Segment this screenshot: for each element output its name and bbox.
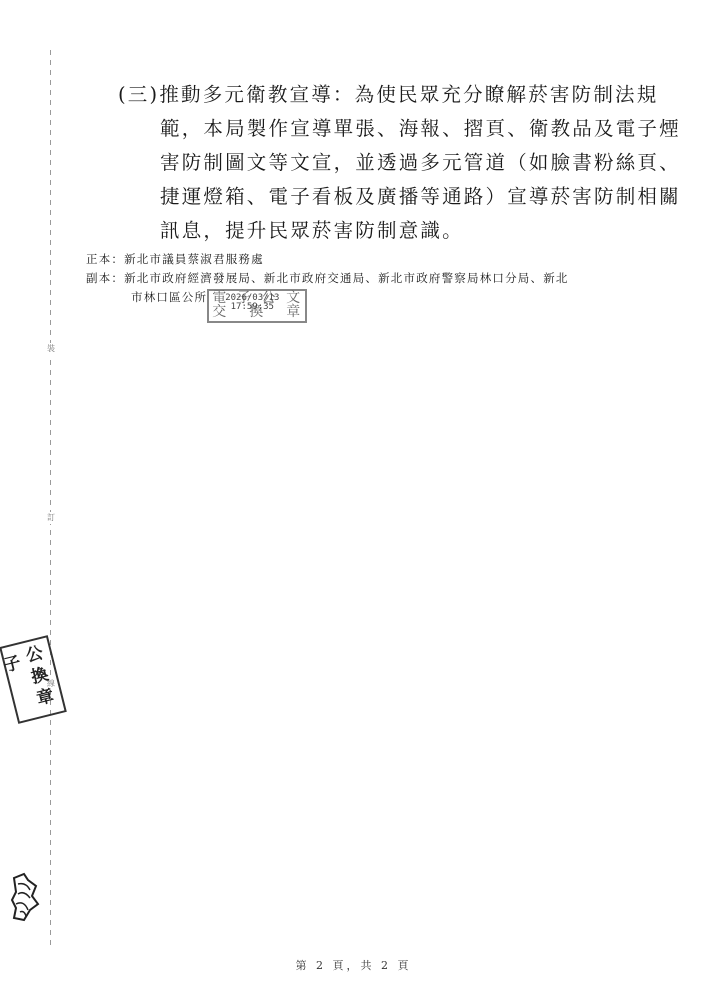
electronic-exchange-stamp: 電 子 公 文 交 換 章 2026/03/1317:59:35 — [207, 289, 307, 323]
copy-recipients: 副本：新北市政府經濟發展局、新北市政府交通局、新北市政府警察局林口分局、新北 — [86, 269, 646, 288]
binding-dotted-line — [50, 50, 51, 950]
paragraph-line-5: 訊息，提升民眾菸害防制意識。 — [118, 214, 618, 248]
stamp-datetime: 2026/03/1317:59:35 — [225, 294, 279, 312]
binding-label-ding: 訂 — [45, 512, 57, 524]
recipients-block: 正本：新北市議員蔡淑君服務處 副本：新北市政府經濟發展局、新北市政府交通局、新北… — [86, 250, 646, 323]
paragraph-line-2: 範，本局製作宣導單張、海報、摺頁、衛教品及電子煙 — [118, 112, 618, 146]
copy-recipients-cont: 市林口區公所 電 子 公 文 交 換 章 2026/03/1317:59:35 — [86, 288, 646, 323]
exchange-seal-fragment: 子 公 換 章 — [0, 635, 67, 724]
paragraph-line-4: 捷運燈箱、電子看板及廣播等通路）宣導菸害防制相關 — [118, 180, 618, 214]
copy-label: 副本： — [86, 271, 124, 285]
paragraph-line-3: 害防制圖文等文宣，並透過多元管道（如臉書粉絲頁、 — [118, 146, 618, 180]
original-label: 正本： — [86, 252, 124, 266]
item-number: (三) — [118, 83, 159, 106]
binding-label-zhuang: 裝 — [45, 343, 57, 355]
official-seal-fragment-icon — [10, 870, 40, 925]
page-footer: 第 2 頁，共 2 頁 — [0, 957, 707, 973]
item-paragraph: (三)推動多元衛教宣導：為使民眾充分瞭解菸害防制法規 範，本局製作宣導單張、海報… — [118, 78, 618, 248]
original-recipient: 正本：新北市議員蔡淑君服務處 — [86, 250, 646, 269]
paragraph-line-1: (三)推動多元衛教宣導：為使民眾充分瞭解菸害防制法規 — [118, 78, 618, 112]
